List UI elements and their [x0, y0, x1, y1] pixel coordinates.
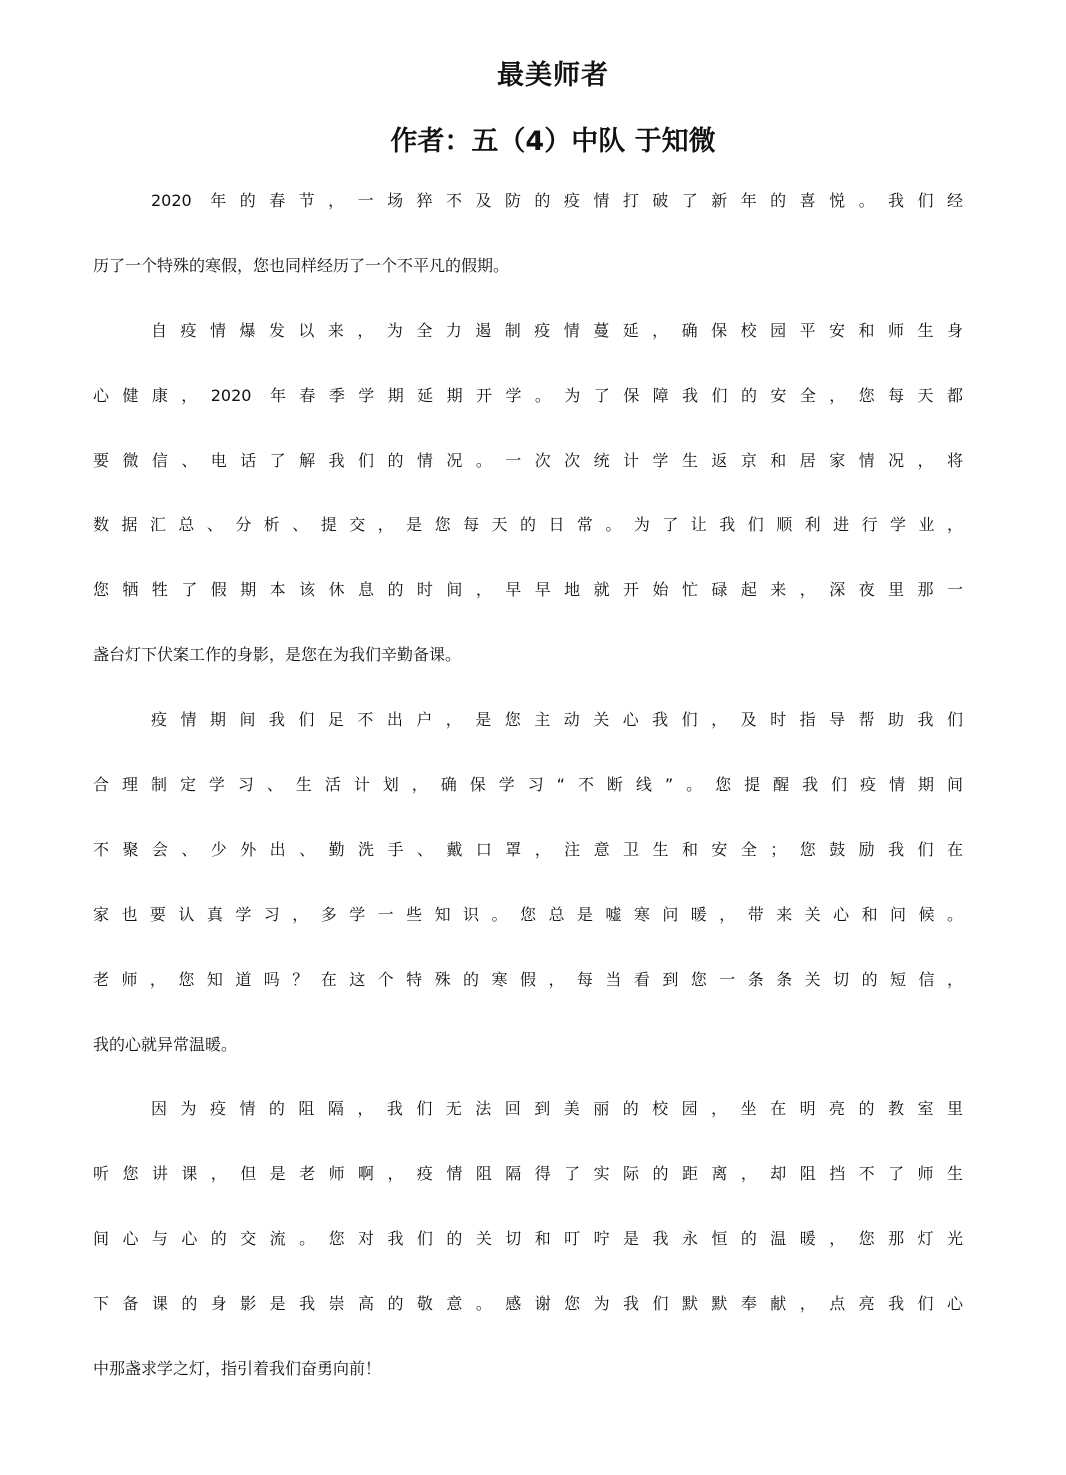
document-body: 2020 年的春节，一场猝不及防的疫情打破了新年的喜悦。我们经 历了一个特殊的寒… — [93, 188, 963, 1421]
paragraph-line: 合理制定学习、生活计划，确保学习“不断线”。您提醒我们疫情期间 — [93, 772, 963, 837]
paragraph-line: 间心与心的交流。您对我们的关切和叮咛是我永恒的温暖，您那灯光 — [93, 1226, 963, 1291]
paragraph-line: 自疫情爆发以来，为全力遏制疫情蔓延，确保校园平安和师生身 — [93, 318, 963, 383]
paragraph-line: 不聚会、少外出、勤洗手、戴口罩，注意卫生和安全；您鼓励我们在 — [93, 837, 963, 902]
paragraph-line: 听您讲课，但是老师啊，疫情阻隔得了实际的距离，却阻挡不了师生 — [93, 1161, 963, 1226]
paragraph-line: 您牺牲了假期本该休息的时间，早早地就开始忙碌起来，深夜里那一 — [93, 577, 963, 642]
paragraph-line: 因为疫情的阻隔，我们无法回到美丽的校园，坐在明亮的教室里 — [93, 1096, 963, 1161]
paragraph-line: 疫情期间我们足不出户，是您主动关心我们，及时指导帮助我们 — [93, 707, 963, 772]
paragraph-line: 盏台灯下伏案工作的身影，是您在为我们辛勤备课。 — [93, 642, 963, 707]
paragraph-line: 下备课的身影是我崇高的敬意。感谢您为我们默默奉献，点亮我们心 — [93, 1291, 963, 1356]
paragraph-line: 家也要认真学习，多学一些知识。您总是嘘寒问暖，带来关心和问候。 — [93, 902, 963, 967]
paragraph-1: 2020 年的春节，一场猝不及防的疫情打破了新年的喜悦。我们经 历了一个特殊的寒… — [93, 188, 963, 318]
paragraph-line: 心健康，2020 年春季学期延期开学。为了保障我们的安全，您每天都 — [93, 383, 963, 448]
paragraph-line: 历了一个特殊的寒假，您也同样经历了一个不平凡的假期。 — [93, 253, 963, 318]
document-author: 作者：五（4）中队 于知微 — [0, 122, 1066, 162]
document-page: 最美师者 作者：五（4）中队 于知微 2020 年的春节，一场猝不及防的疫情打破… — [0, 0, 1066, 1475]
paragraph-line: 我的心就异常温暖。 — [93, 1032, 963, 1097]
paragraph-4: 因为疫情的阻隔，我们无法回到美丽的校园，坐在明亮的教室里 听您讲课，但是老师啊，… — [93, 1096, 963, 1420]
paragraph-line: 2020 年的春节，一场猝不及防的疫情打破了新年的喜悦。我们经 — [93, 188, 963, 253]
paragraph-3: 疫情期间我们足不出户，是您主动关心我们，及时指导帮助我们 合理制定学习、生活计划… — [93, 707, 963, 1096]
document-title: 最美师者 — [0, 56, 1066, 96]
paragraph-line: 要微信、电话了解我们的情况。一次次统计学生返京和居家情况，将 — [93, 448, 963, 513]
paragraph-line: 数据汇总、分析、提交，是您每天的日常。为了让我们顺利进行学业， — [93, 512, 963, 577]
paragraph-line: 中那盏求学之灯，指引着我们奋勇向前！ — [93, 1356, 963, 1421]
paragraph-2: 自疫情爆发以来，为全力遏制疫情蔓延，确保校园平安和师生身 心健康，2020 年春… — [93, 318, 963, 707]
paragraph-line: 老师，您知道吗？在这个特殊的寒假，每当看到您一条条关切的短信， — [93, 967, 963, 1032]
